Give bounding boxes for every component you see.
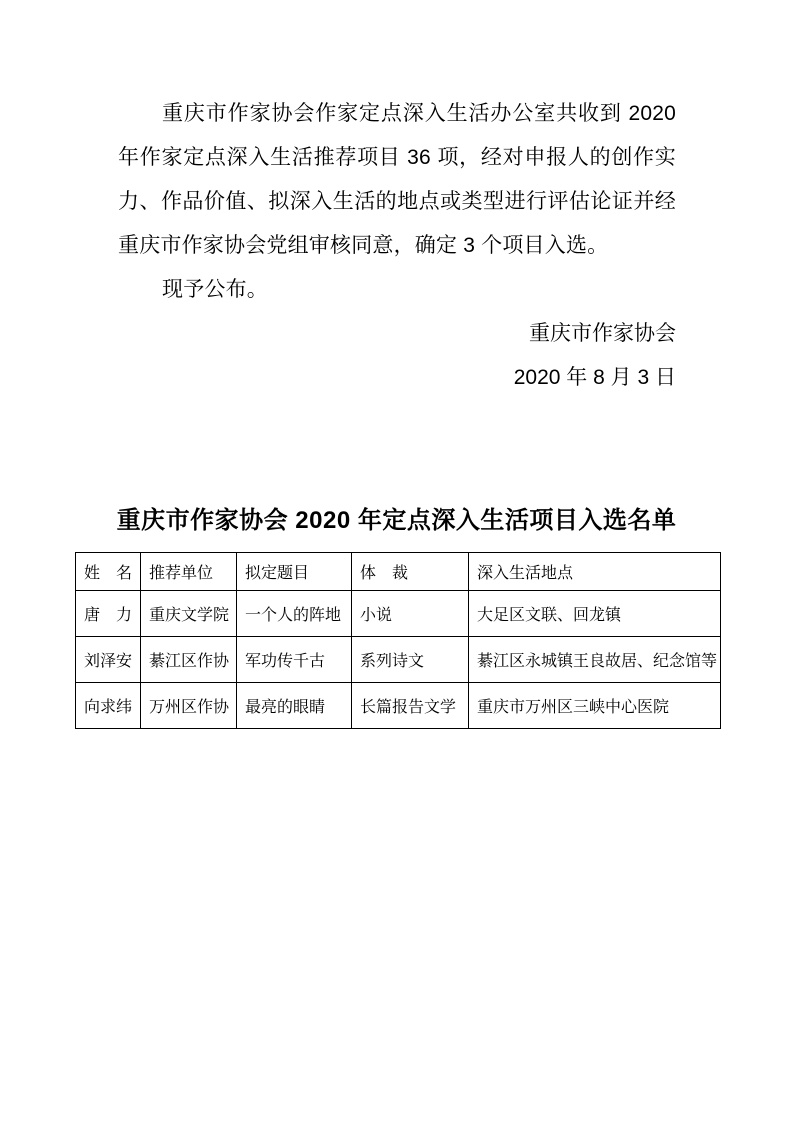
header-immersion-location: 深入生活地点 (469, 553, 721, 591)
table-cell: 大足区文联、回龙镇 (469, 591, 721, 637)
table-cell: 万州区作协 (141, 683, 237, 729)
signature: 重庆市作家协会 (118, 312, 676, 356)
selection-table: 姓 名 推荐单位 拟定题目 体 裁 深入生活地点 唐 力重庆文学院一个人的阵地小… (75, 552, 721, 729)
table-cell: 重庆文学院 (141, 591, 237, 637)
table-title: 重庆市作家协会 2020 年定点深入生活项目入选名单 (0, 504, 793, 538)
table-body: 唐 力重庆文学院一个人的阵地小说大足区文联、回龙镇刘泽安綦江区作协军功传千古系列… (76, 591, 721, 729)
document-body: 重庆市作家协会作家定点深入生活办公室共收到 2020 年作家定点深入生活推荐项目… (0, 0, 793, 400)
header-genre: 体 裁 (352, 553, 469, 591)
table-row: 唐 力重庆文学院一个人的阵地小说大足区文联、回龙镇 (76, 591, 721, 637)
table-cell: 刘泽安 (76, 637, 141, 683)
header-name: 姓 名 (76, 553, 141, 591)
table-cell: 唐 力 (76, 591, 141, 637)
paragraph-announce: 现予公布。 (118, 268, 676, 312)
table-cell: 军功传千古 (237, 637, 352, 683)
table-cell: 綦江区作协 (141, 637, 237, 683)
document-page: 重庆市作家协会作家定点深入生活办公室共收到 2020 年作家定点深入生活推荐项目… (0, 0, 793, 1122)
header-proposed-title: 拟定题目 (237, 553, 352, 591)
table-cell: 綦江区永城镇王良故居、纪念馆等 (469, 637, 721, 683)
table-cell: 向求纬 (76, 683, 141, 729)
table-cell: 最亮的眼睛 (237, 683, 352, 729)
table-cell: 重庆市万州区三峡中心医院 (469, 683, 721, 729)
table-cell: 小说 (352, 591, 469, 637)
table-cell: 系列诗文 (352, 637, 469, 683)
table-cell: 一个人的阵地 (237, 591, 352, 637)
table-header-row: 姓 名 推荐单位 拟定题目 体 裁 深入生活地点 (76, 553, 721, 591)
signature-date: 2020 年 8 月 3 日 (118, 356, 676, 400)
table-row: 刘泽安綦江区作协军功传千古系列诗文綦江区永城镇王良故居、纪念馆等 (76, 637, 721, 683)
header-recommending-unit: 推荐单位 (141, 553, 237, 591)
table-cell: 长篇报告文学 (352, 683, 469, 729)
paragraph-main: 重庆市作家协会作家定点深入生活办公室共收到 2020 年作家定点深入生活推荐项目… (118, 92, 676, 268)
table-row: 向求纬万州区作协最亮的眼睛长篇报告文学重庆市万州区三峡中心医院 (76, 683, 721, 729)
